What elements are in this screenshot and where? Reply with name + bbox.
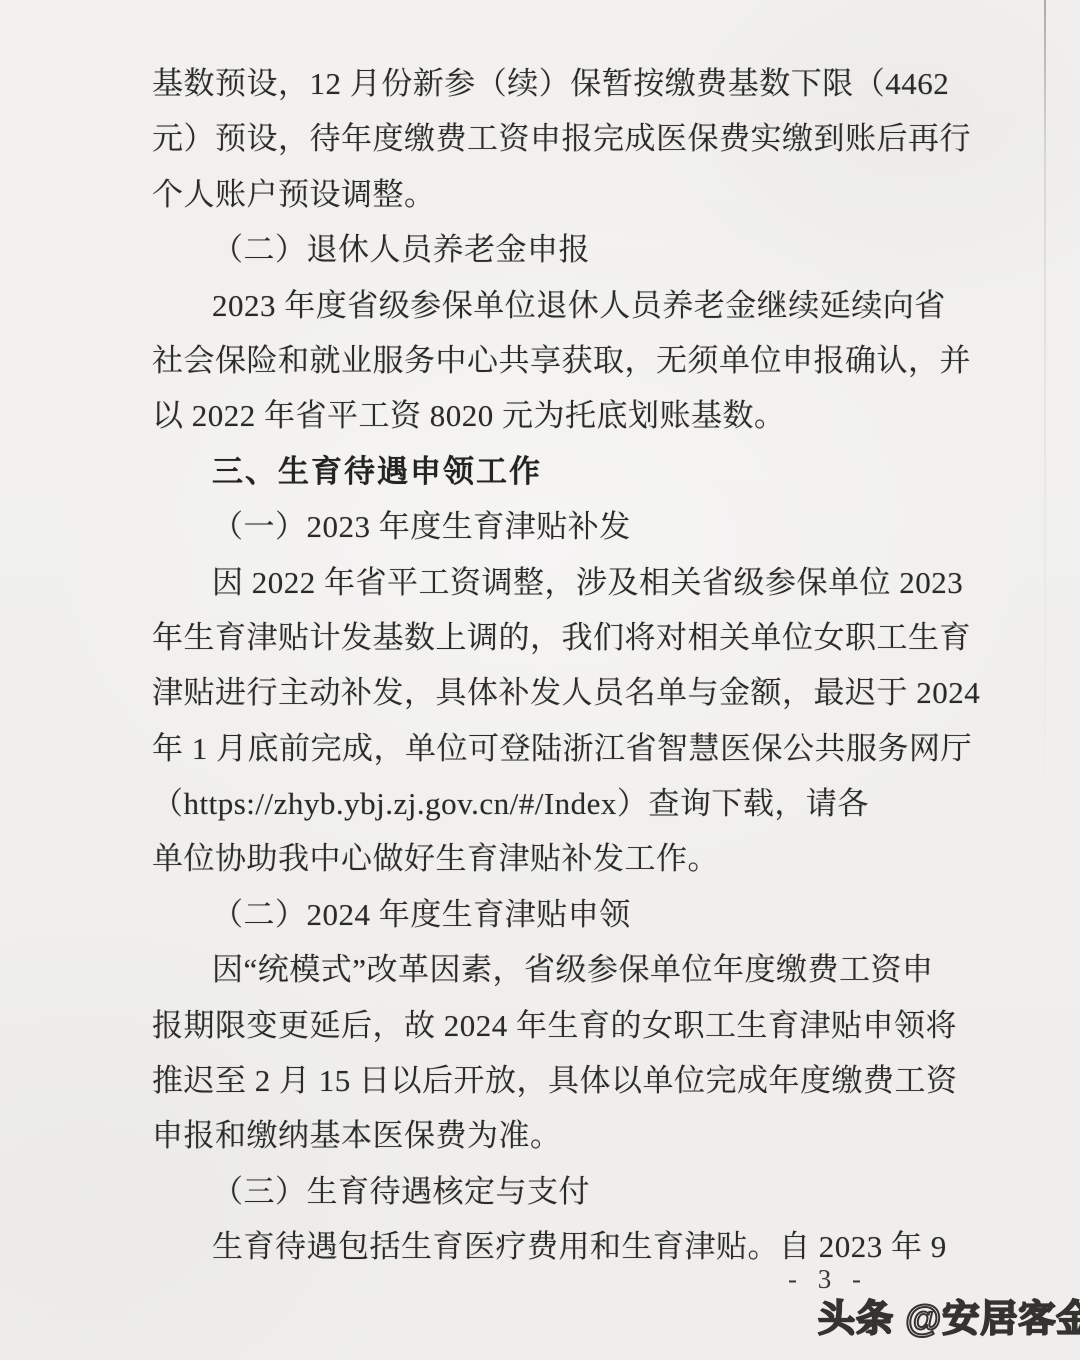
- text-line: 因“统模式”改革因素，省级参保单位年度缴费工资申: [152, 942, 952, 997]
- text-line: 年 1 月底前完成，单位可登陆浙江省智慧医保公共服务网厅: [152, 721, 952, 776]
- scan-edge-line: [1044, 0, 1046, 860]
- text-line: 2023 年度省级参保单位退休人员养老金继续延续向省: [152, 278, 952, 333]
- text-line: 基数预设，12 月份新参（续）保暂按缴费基数下限（4462: [152, 56, 952, 111]
- text-line: 申报和缴纳基本医保费为准。: [152, 1108, 952, 1163]
- text-line: 推迟至 2 月 15 日以后开放，具体以单位完成年度缴费工资: [152, 1053, 952, 1108]
- watermark-text: 头条 @安居客金衢: [818, 1288, 1080, 1342]
- text-line: 津贴进行主动补发，具体补发人员名单与金额，最迟于 2024: [152, 665, 952, 720]
- section-heading-line: 三、生育待遇申领工作: [152, 444, 952, 499]
- text-line: （一）2023 年度生育津贴补发: [152, 499, 952, 554]
- text-line: 以 2022 年省平工资 8020 元为托底划账基数。: [152, 388, 952, 443]
- text-line: 年生育津贴计发基数上调的，我们将对相关单位女职工生育: [152, 610, 952, 665]
- text-line: 因 2022 年省平工资调整，涉及相关省级参保单位 2023: [152, 555, 952, 610]
- text-line: 元）预设，待年度缴费工资申报完成医保费实缴到账后再行: [152, 111, 952, 166]
- text-line: （https://zhyb.ybj.zj.gov.cn/#/Index）查询下载…: [152, 776, 952, 831]
- text-line: 社会保险和就业服务中心共享获取，无须单位申报确认，并: [152, 333, 952, 388]
- scanned-document-page: 基数预设，12 月份新参（续）保暂按缴费基数下限（4462元）预设，待年度缴费工…: [0, 0, 1080, 1360]
- text-line: 个人账户预设调整。: [152, 167, 952, 222]
- text-line: （二）退休人员养老金申报: [152, 222, 952, 277]
- text-line: 单位协助我中心做好生育津贴补发工作。: [152, 831, 952, 886]
- text-line: （三）生育待遇核定与支付: [152, 1164, 952, 1219]
- text-line: （二）2024 年度生育津贴申领: [152, 887, 952, 942]
- document-body: 基数预设，12 月份新参（续）保暂按缴费基数下限（4462元）预设，待年度缴费工…: [152, 56, 952, 1275]
- text-line: 报期限变更延后，故 2024 年生育的女职工生育津贴申领将: [152, 998, 952, 1053]
